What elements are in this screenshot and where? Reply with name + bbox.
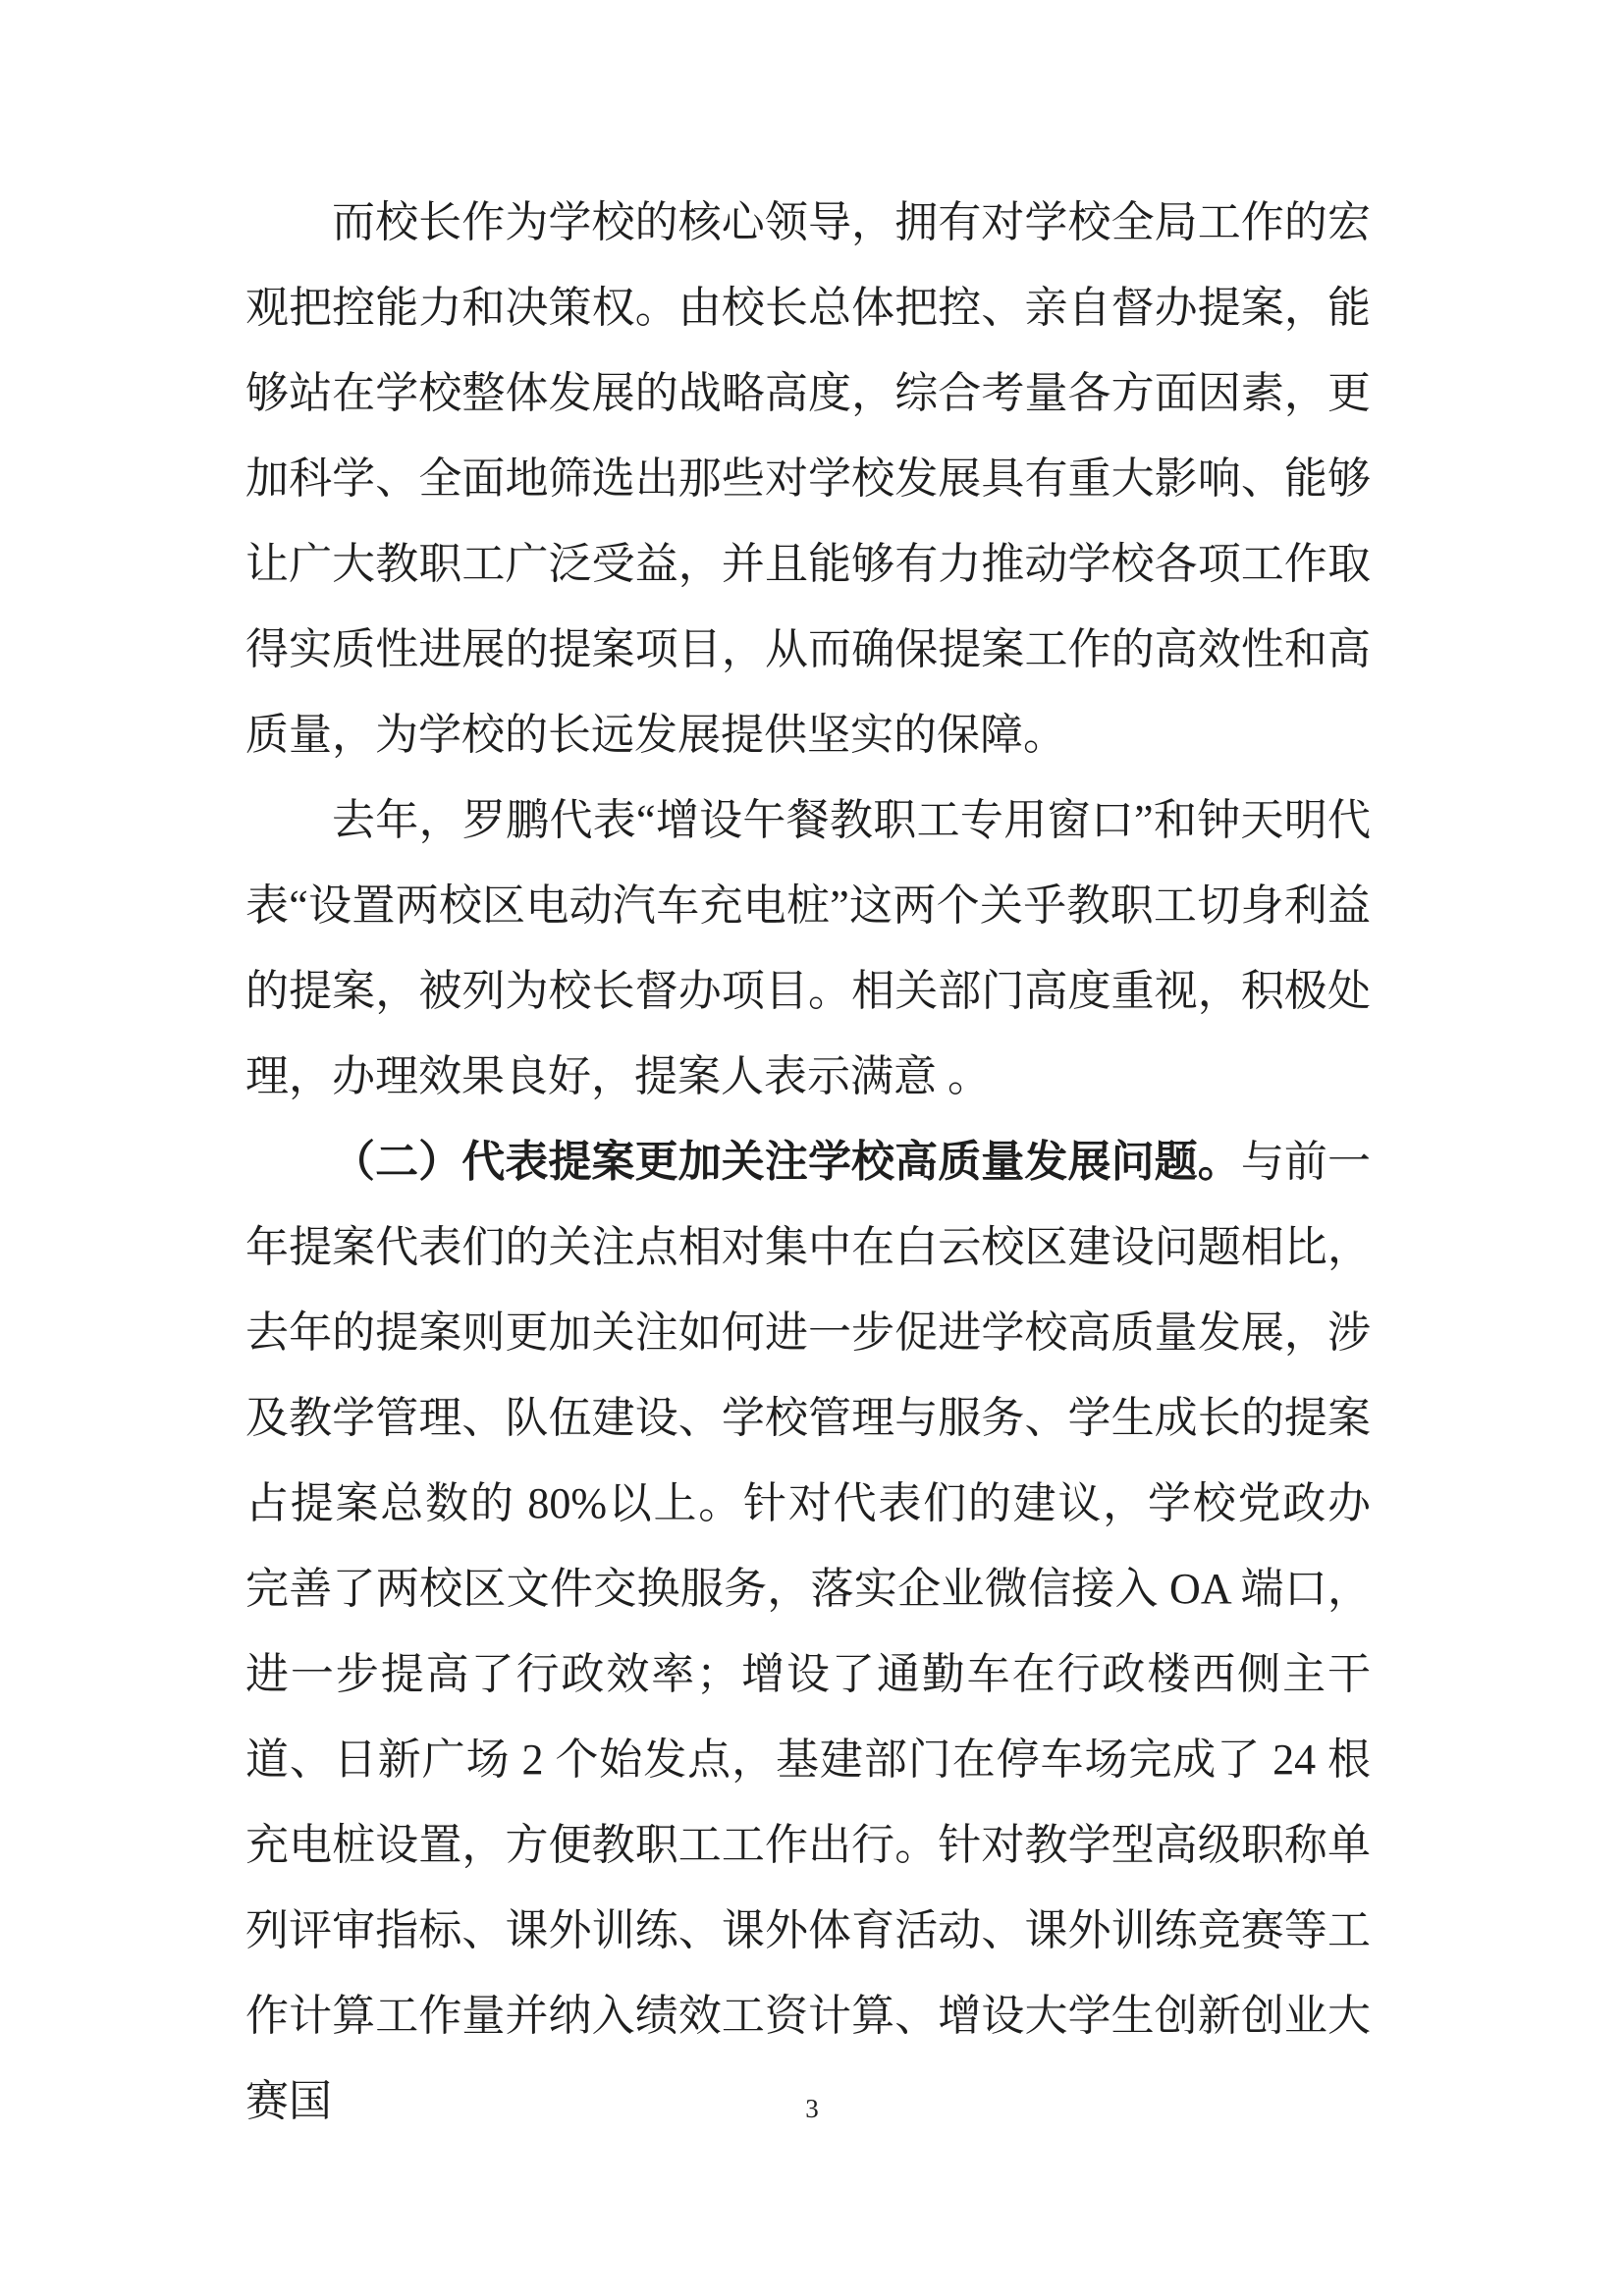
document-page: 而校长作为学校的核心领导，拥有对学校全局工作的宏观把控能力和决策权。由校长总体把…	[0, 0, 1624, 2296]
document-body: 而校长作为学校的核心领导，拥有对学校全局工作的宏观把控能力和决策权。由校长总体把…	[245, 180, 1371, 2144]
text-run: 而校长作为学校的核心领导，拥有对学校全局工作的宏观把控能力和决策权。由校长总体把…	[245, 198, 1371, 759]
page-number: 3	[0, 2089, 1624, 2128]
section-heading-run: （二）代表提案更加关注学校高质量发展问题。	[332, 1138, 1241, 1186]
paragraph: （二）代表提案更加关注学校高质量发展问题。与前一年提案代表们的关注点相对集中在白…	[245, 1119, 1371, 2144]
text-run: 与前一年提案代表们的关注点相对集中在白云校区建设问题相比，去年的提案则更加关注如…	[245, 1138, 1371, 2125]
paragraph: 而校长作为学校的核心领导，拥有对学校全局工作的宏观把控能力和决策权。由校长总体把…	[245, 180, 1371, 777]
text-run: 去年，罗鹏代表“增设午餐教职工专用窗口”和钟天明代表“设置两校区电动汽车充电桩”…	[245, 796, 1371, 1100]
paragraph: 去年，罗鹏代表“增设午餐教职工专用窗口”和钟天明代表“设置两校区电动汽车充电桩”…	[245, 777, 1371, 1119]
